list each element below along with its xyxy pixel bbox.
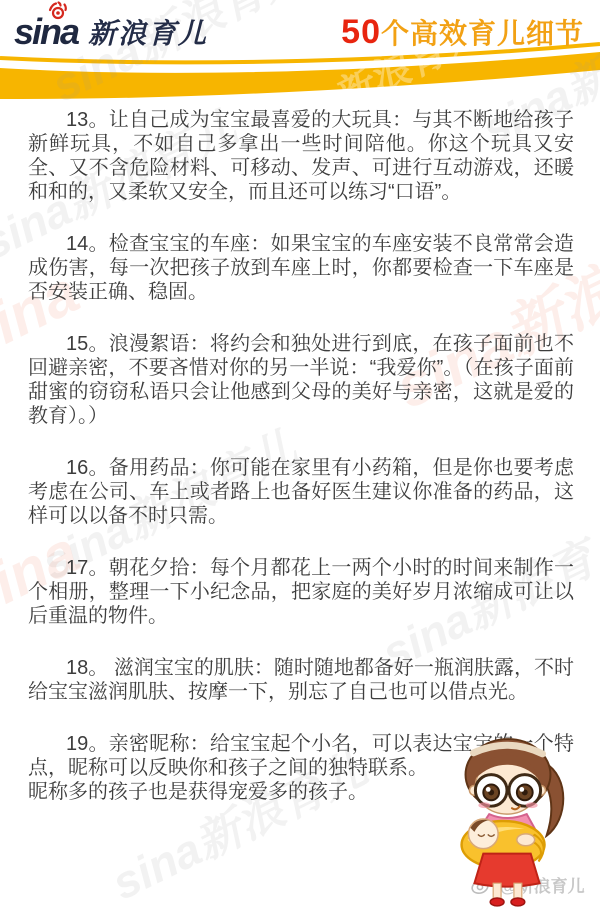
tip-15: 15。浪漫絮语：将约会和独处进行到底，在孩子面前也不回避亲密，不要吝惜对你的另一… bbox=[28, 332, 574, 428]
parenting-tips-card: sina 新浪育儿 50个高效育儿细节 sina新浪育儿 sin bbox=[0, 0, 600, 910]
page-title: 50个高效育儿细节 bbox=[341, 15, 584, 49]
title-number: 50 bbox=[341, 13, 381, 51]
brand-name: 新浪育儿 bbox=[88, 12, 208, 52]
sina-eye-icon bbox=[46, 1, 70, 20]
brand: sina 新浪育儿 bbox=[14, 12, 208, 52]
tip-14: 14。检查宝宝的车座：如果宝宝的车座安装不良常常会造成伤害，每一次把孩子放到车座… bbox=[28, 232, 574, 304]
tip-18: 18。 滋润宝宝的肌肤：随时随地都备好一瓶润肤露，不时给宝宝滋润肌肤、按摩一下，… bbox=[28, 656, 574, 704]
tip-17: 17。朝花夕拾：每个月都花上一两个小时的时间来制作一个相册，整理一下小纪念品，把… bbox=[28, 556, 574, 628]
tips-list: 13。让自己成为宝宝最喜爱的大玩具：与其不断地给孩子新鲜玩具，不如自己多拿出一些… bbox=[28, 108, 574, 832]
tip-16: 16。备用药品：你可能在家里有小药箱，但是你也要考虑考虑在公司、车上或者路上也备… bbox=[28, 456, 574, 528]
tip-13: 13。让自己成为宝宝最喜爱的大玩具：与其不断地给孩子新鲜玩具，不如自己多拿出一些… bbox=[28, 108, 574, 204]
header: sina 新浪育儿 50个高效育儿细节 bbox=[0, 0, 600, 56]
mother-baby-illustration bbox=[428, 734, 586, 910]
title-text: 个高效育儿细节 bbox=[381, 18, 584, 49]
sina-logo: sina bbox=[14, 14, 78, 50]
